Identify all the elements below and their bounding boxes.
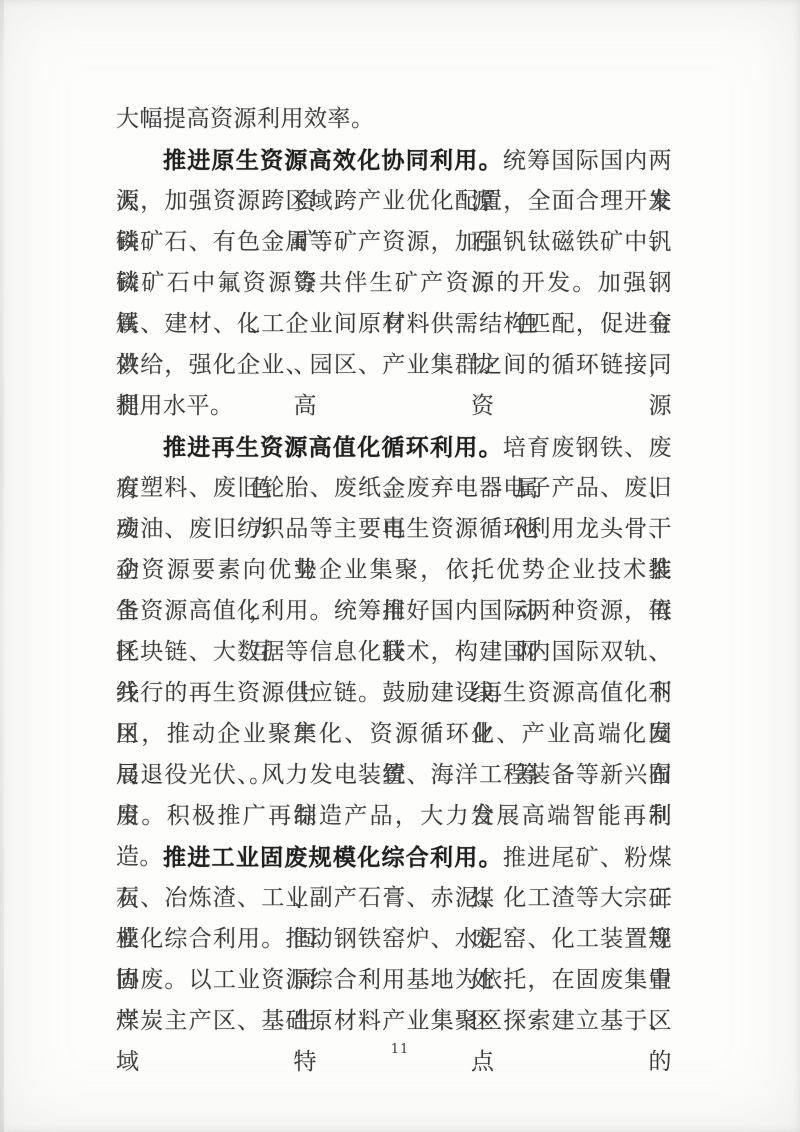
text-line: 模化综合利用。推动钢铁窑炉、水泥窑、化工装置等协同处置 [116, 919, 672, 960]
text-line: 固废。以工业资源综合利用基地为依托，在固废集中产生区、 [116, 960, 672, 1001]
text-line: 废塑料、废旧轮胎、废纸、废弃电器电子产品、废旧动力电池、 [116, 468, 672, 509]
document-page: 大幅提高资源利用效率。推进原生资源高效化协同利用。统筹国际国内两大资源来源，加强… [0, 0, 800, 1132]
text-line: 并行的再生资源供应链。鼓励建设再生资源高值化利用产业园 [116, 673, 672, 714]
text-line: 推进再生资源高值化循环利用。培育废钢铁、废有色金属、 [116, 427, 672, 468]
text-line: 推进原生资源高效化协同利用。统筹国际国内两大资源来 [116, 140, 672, 181]
text-line: 属、建材、化工企业间原材料供需结构匹配，促进有效、协同 [116, 304, 672, 345]
text-line: 源，加强资源跨区域跨产业优化配置，全面合理开发铁矿石、 [116, 181, 672, 222]
text-line: 区，推动企业聚集化、资源循环化、产业高端化发展。统筹布 [116, 714, 672, 755]
bold-run: 推进再生资源高值化循环利用。 [163, 434, 503, 461]
text-line: 供给，强化企业、园区、产业集群之间的循环链接，提高资源 [116, 345, 672, 386]
bold-run: 推进原生资源高效化协同利用。 [163, 147, 503, 174]
text-line: 煤炭主产区、基础原材料产业集聚区探索建立基于区域特点的 [116, 1001, 672, 1042]
regular-run: 利用水平。 [116, 393, 234, 419]
scan-edge-noise [0, 0, 4, 1132]
text-line: 大幅提高资源利用效率。 [116, 99, 672, 140]
text-line: 用。积极推广再制造产品，大力发展高端智能再制造。 [116, 796, 672, 837]
text-line: 石、冶炼渣、工业副产石膏、赤泥、化工渣等大宗工业固废规 [116, 878, 672, 919]
page-number: 11 [0, 1042, 800, 1057]
text-block: 大幅提高资源利用效率。推进原生资源高效化协同利用。统筹国际国内两大资源来源，加强… [116, 99, 672, 1042]
regular-run: 大幅提高资源利用效率。 [116, 106, 375, 132]
text-line: 生资源高值化利用。统筹用好国内国际两种资源，依托互联网、 [116, 591, 672, 632]
text-line: 废油、废旧纺织品等主要再生资源循环利用龙头骨干企业，推 [116, 509, 672, 550]
text-line: 推进工业固废规模化综合利用。推进尾矿、粉煤灰、煤矸 [116, 837, 672, 878]
bold-run: 推进工业固废规模化综合利用。 [163, 844, 503, 871]
text-line: 磷矿石中氟资源等共伴生矿产资源的开发。加强钢铁、有色金 [116, 263, 672, 304]
text-line: 磷矿石、有色金属等矿产资源，加强钒钛磁铁矿中钒钛资源、 [116, 222, 672, 263]
text-line: 区块链、大数据等信息化技术，构建国内国际双轨、线上线下 [116, 632, 672, 673]
text-line: 局退役光伏、风力发电装置、海洋工程装备等新兴固废综合利 [116, 755, 672, 796]
text-line: 动资源要素向优势企业集聚，依托优势企业技术装备，推动再 [116, 550, 672, 591]
